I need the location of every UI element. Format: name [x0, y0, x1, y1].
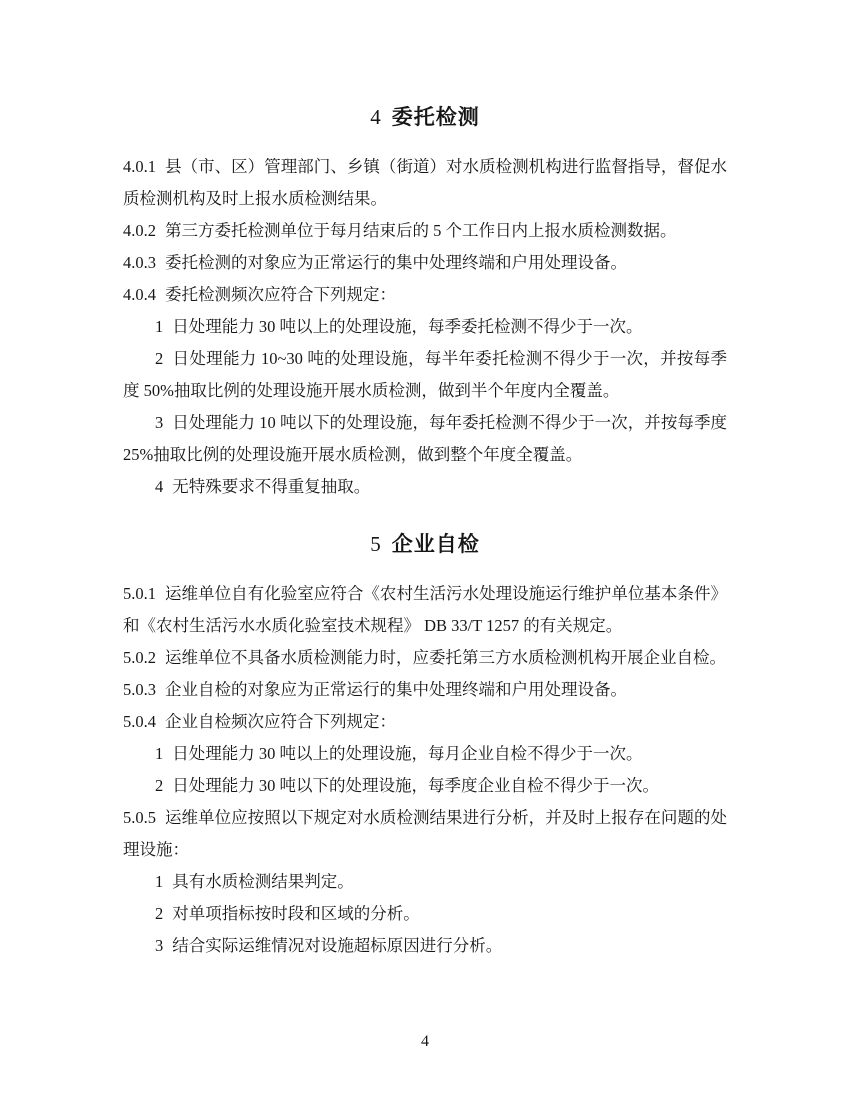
clause-text: 日处理能力 30 吨以上的处理设施，每月企业自检不得少于一次。 [172, 744, 642, 763]
clause-subitem: 3日处理能力 10 吨以下的处理设施，每年委托检测不得少于一次，并按每季度 25… [123, 407, 727, 471]
clause-number: 5.0.5 [123, 808, 156, 827]
page-footer: 4 [0, 1030, 850, 1054]
clause-number: 1 [155, 872, 163, 891]
clause-paragraph: 5.0.3企业自检的对象应为正常运行的集中处理终端和户用处理设备。 [123, 674, 727, 706]
clause-text: 运维单位自有化验室应符合《农村生活污水处理设施运行维护单位基本条件》和《农村生活… [123, 584, 727, 635]
section-heading: 5企业自检 [123, 529, 727, 560]
clause-text: 第三方委托检测单位于每月结束后的 5 个工作日内上报水质检测数据。 [165, 221, 677, 240]
clause-text: 结合实际运维情况对设施超标原因进行分析。 [172, 936, 502, 955]
section-title: 企业自检 [392, 533, 480, 556]
clause-subitem: 1日处理能力 30 吨以上的处理设施，每季委托检测不得少于一次。 [123, 311, 727, 343]
clause-number: 5.0.1 [123, 584, 156, 603]
clause-text: 企业自检的对象应为正常运行的集中处理终端和户用处理设备。 [165, 680, 627, 699]
clause-paragraph: 5.0.4企业自检频次应符合下列规定： [123, 706, 727, 738]
document-page: 4委托检测4.0.1县（市、区）管理部门、乡镇（街道）对水质检测机构进行监督指导… [0, 0, 850, 1100]
clause-number: 1 [155, 317, 163, 336]
clause-text: 运维单位不具备水质检测能力时，应委托第三方水质检测机构开展企业自检。 [165, 648, 726, 667]
clause-paragraph: 4.0.2第三方委托检测单位于每月结束后的 5 个工作日内上报水质检测数据。 [123, 215, 727, 247]
clause-text: 日处理能力 10 吨以下的处理设施，每年委托检测不得少于一次，并按每季度 25%… [123, 413, 727, 464]
clause-number: 5.0.4 [123, 712, 156, 731]
clause-paragraph: 4.0.3委托检测的对象应为正常运行的集中处理终端和户用处理设备。 [123, 247, 727, 279]
clause-text: 运维单位应按照以下规定对水质检测结果进行分析，并及时上报存在问题的处理设施： [123, 808, 727, 859]
section-title: 委托检测 [392, 106, 480, 129]
clause-subitem: 1日处理能力 30 吨以上的处理设施，每月企业自检不得少于一次。 [123, 738, 727, 770]
clause-text: 日处理能力 10~30 吨的处理设施，每半年委托检测不得少于一次，并按每季度 5… [123, 349, 727, 400]
section-number: 5 [370, 532, 381, 556]
clause-number: 3 [155, 413, 163, 432]
clause-subitem: 2日处理能力 10~30 吨的处理设施，每半年委托检测不得少于一次，并按每季度 … [123, 343, 727, 407]
clause-text: 对单项指标按时段和区域的分析。 [172, 904, 420, 923]
clause-number: 5.0.2 [123, 648, 156, 667]
clause-number: 4.0.3 [123, 253, 156, 272]
clause-text: 日处理能力 30 吨以上的处理设施，每季委托检测不得少于一次。 [172, 317, 642, 336]
clause-text: 县（市、区）管理部门、乡镇（街道）对水质检测机构进行监督指导，督促水质检测机构及… [123, 157, 727, 208]
clause-paragraph: 5.0.5运维单位应按照以下规定对水质检测结果进行分析，并及时上报存在问题的处理… [123, 802, 727, 866]
clause-text: 具有水质检测结果判定。 [172, 872, 354, 891]
clause-subitem: 4无特殊要求不得重复抽取。 [123, 471, 727, 503]
clause-subitem: 2日处理能力 30 吨以下的处理设施，每季度企业自检不得少于一次。 [123, 770, 727, 802]
clause-text: 企业自检频次应符合下列规定： [165, 712, 396, 731]
clause-number: 4.0.4 [123, 285, 156, 304]
clause-number: 1 [155, 744, 163, 763]
clause-subitem: 2对单项指标按时段和区域的分析。 [123, 898, 727, 930]
clause-paragraph: 4.0.4委托检测频次应符合下列规定： [123, 279, 727, 311]
clause-number: 3 [155, 936, 163, 955]
clause-paragraph: 5.0.2运维单位不具备水质检测能力时，应委托第三方水质检测机构开展企业自检。 [123, 642, 727, 674]
page-number: 4 [421, 1033, 429, 1050]
clause-number: 2 [155, 349, 163, 368]
clause-paragraph: 4.0.1县（市、区）管理部门、乡镇（街道）对水质检测机构进行监督指导，督促水质… [123, 151, 727, 215]
clause-paragraph: 5.0.1运维单位自有化验室应符合《农村生活污水处理设施运行维护单位基本条件》和… [123, 578, 727, 642]
clause-text: 委托检测频次应符合下列规定： [165, 285, 396, 304]
clause-number: 4 [155, 477, 163, 496]
clause-number: 2 [155, 776, 163, 795]
clause-subitem: 1具有水质检测结果判定。 [123, 866, 727, 898]
clause-subitem: 3结合实际运维情况对设施超标原因进行分析。 [123, 930, 727, 962]
section-number: 4 [370, 105, 381, 129]
clause-number: 2 [155, 904, 163, 923]
clause-text: 无特殊要求不得重复抽取。 [172, 477, 370, 496]
document-content: 4委托检测4.0.1县（市、区）管理部门、乡镇（街道）对水质检测机构进行监督指导… [123, 102, 727, 962]
clause-number: 4.0.1 [123, 157, 156, 176]
clause-number: 4.0.2 [123, 221, 156, 240]
clause-text: 日处理能力 30 吨以下的处理设施，每季度企业自检不得少于一次。 [172, 776, 659, 795]
clause-number: 5.0.3 [123, 680, 156, 699]
section-heading: 4委托检测 [123, 102, 727, 133]
clause-text: 委托检测的对象应为正常运行的集中处理终端和户用处理设备。 [165, 253, 627, 272]
